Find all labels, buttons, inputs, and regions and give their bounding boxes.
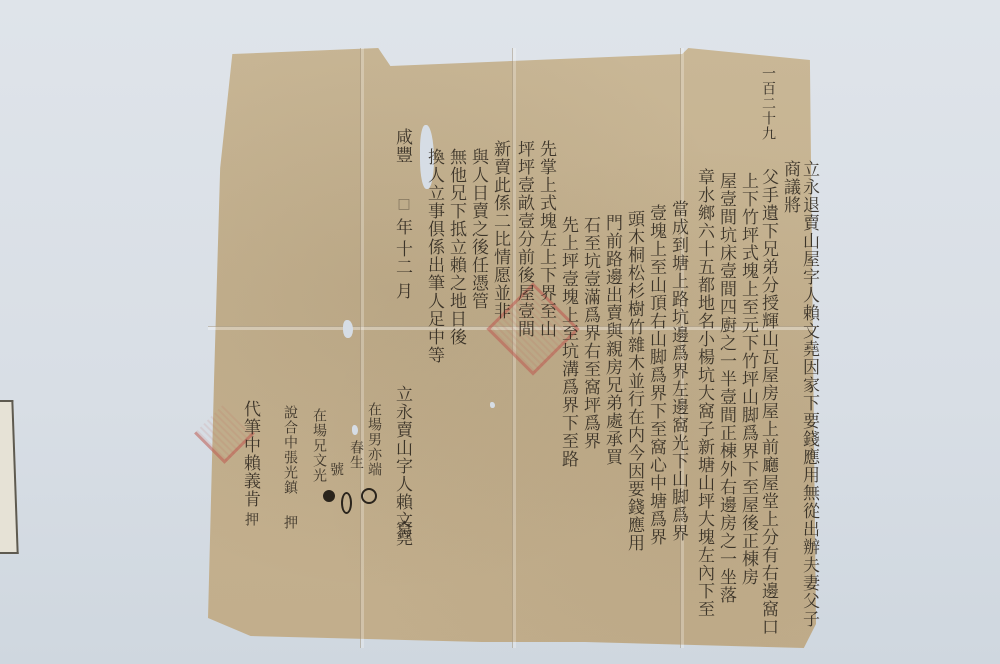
text-column: 章水鄉六十五都地名小楊坑大窩子新塘山坪大塊左內下至 bbox=[694, 168, 713, 638]
witness-son: 在場男亦端 bbox=[366, 402, 382, 492]
fold-line-vertical-1 bbox=[360, 48, 364, 648]
text-column: 父手遺下兄弟分授輝山瓦屋房屋上前廳屋堂上分有右邊窩口 bbox=[758, 168, 777, 638]
seller-mark: 寫 bbox=[392, 520, 411, 542]
witness-brother-mark-char: 號 bbox=[328, 462, 344, 482]
middleman-signature: 說合中張光鎮 bbox=[282, 405, 298, 515]
text-column: 上下竹坪式塊上至元下竹坪山脚爲界下至屋後正棟房 bbox=[738, 172, 757, 638]
date-month: 十二 bbox=[392, 240, 411, 280]
text-column: 換人立事俱係出筆人足中等 bbox=[424, 148, 443, 638]
middleman-mark: 押 bbox=[282, 515, 298, 533]
text-column: 頭木桐松杉樹竹雜木並行在内今因要錢應用 bbox=[624, 210, 643, 640]
text-column: 新賣此係二比情愿並非 bbox=[490, 140, 509, 640]
text-column: 石至坑壹滿爲界右至窩坪爲界 bbox=[580, 216, 599, 640]
paper-hole bbox=[343, 320, 353, 338]
date-year: □ bbox=[396, 196, 412, 212]
witness-chunsheng: 春生 bbox=[348, 440, 364, 490]
witness-brother: 在場兄文光 bbox=[311, 408, 327, 498]
text-column: 與人日賣之後任憑管 bbox=[468, 148, 487, 638]
text-column: 先上坪壹塊上至坑溝爲界下至路 bbox=[558, 216, 577, 640]
text-column: 立永退賣山屋字人賴文堯因家下要錢應用無從出辦夫妻父子商議將 bbox=[780, 160, 818, 640]
text-column: 門前路邊出賣與親房兄弟處承買 bbox=[602, 214, 621, 640]
scribe-mark: 押 bbox=[243, 512, 259, 530]
text-column: 當成到塘上路坑邊爲界左邊窩光下山脚爲界 bbox=[668, 200, 687, 640]
witness-mark-dot bbox=[323, 490, 335, 502]
text-column: 壹塊上至山頂右山脚爲界下至窩心中塘爲界 bbox=[646, 204, 665, 640]
paper-hole bbox=[352, 425, 358, 435]
witness-mark-circle bbox=[361, 488, 377, 504]
date-year-suffix: 年 bbox=[392, 218, 411, 240]
date-era: 咸豐 bbox=[392, 128, 411, 188]
text-column: 屋壹間坑床壹間四廚之一半壹間正棟外右邊房之一坐落 bbox=[716, 172, 735, 638]
annotation-number: 一百二十九 bbox=[760, 66, 776, 156]
text-column: 無他兄下抵立賴之地日後 bbox=[446, 148, 465, 638]
date-month-suffix: 月 bbox=[392, 282, 411, 304]
text-column: 坪坪壹畝壹分前後屋壹間 bbox=[514, 140, 533, 640]
text-column: 先掌上式塊左上下界至山 bbox=[536, 140, 555, 640]
scribe-signature: 代筆中賴義肯 bbox=[240, 400, 259, 510]
witness-mark-oval bbox=[341, 492, 352, 514]
